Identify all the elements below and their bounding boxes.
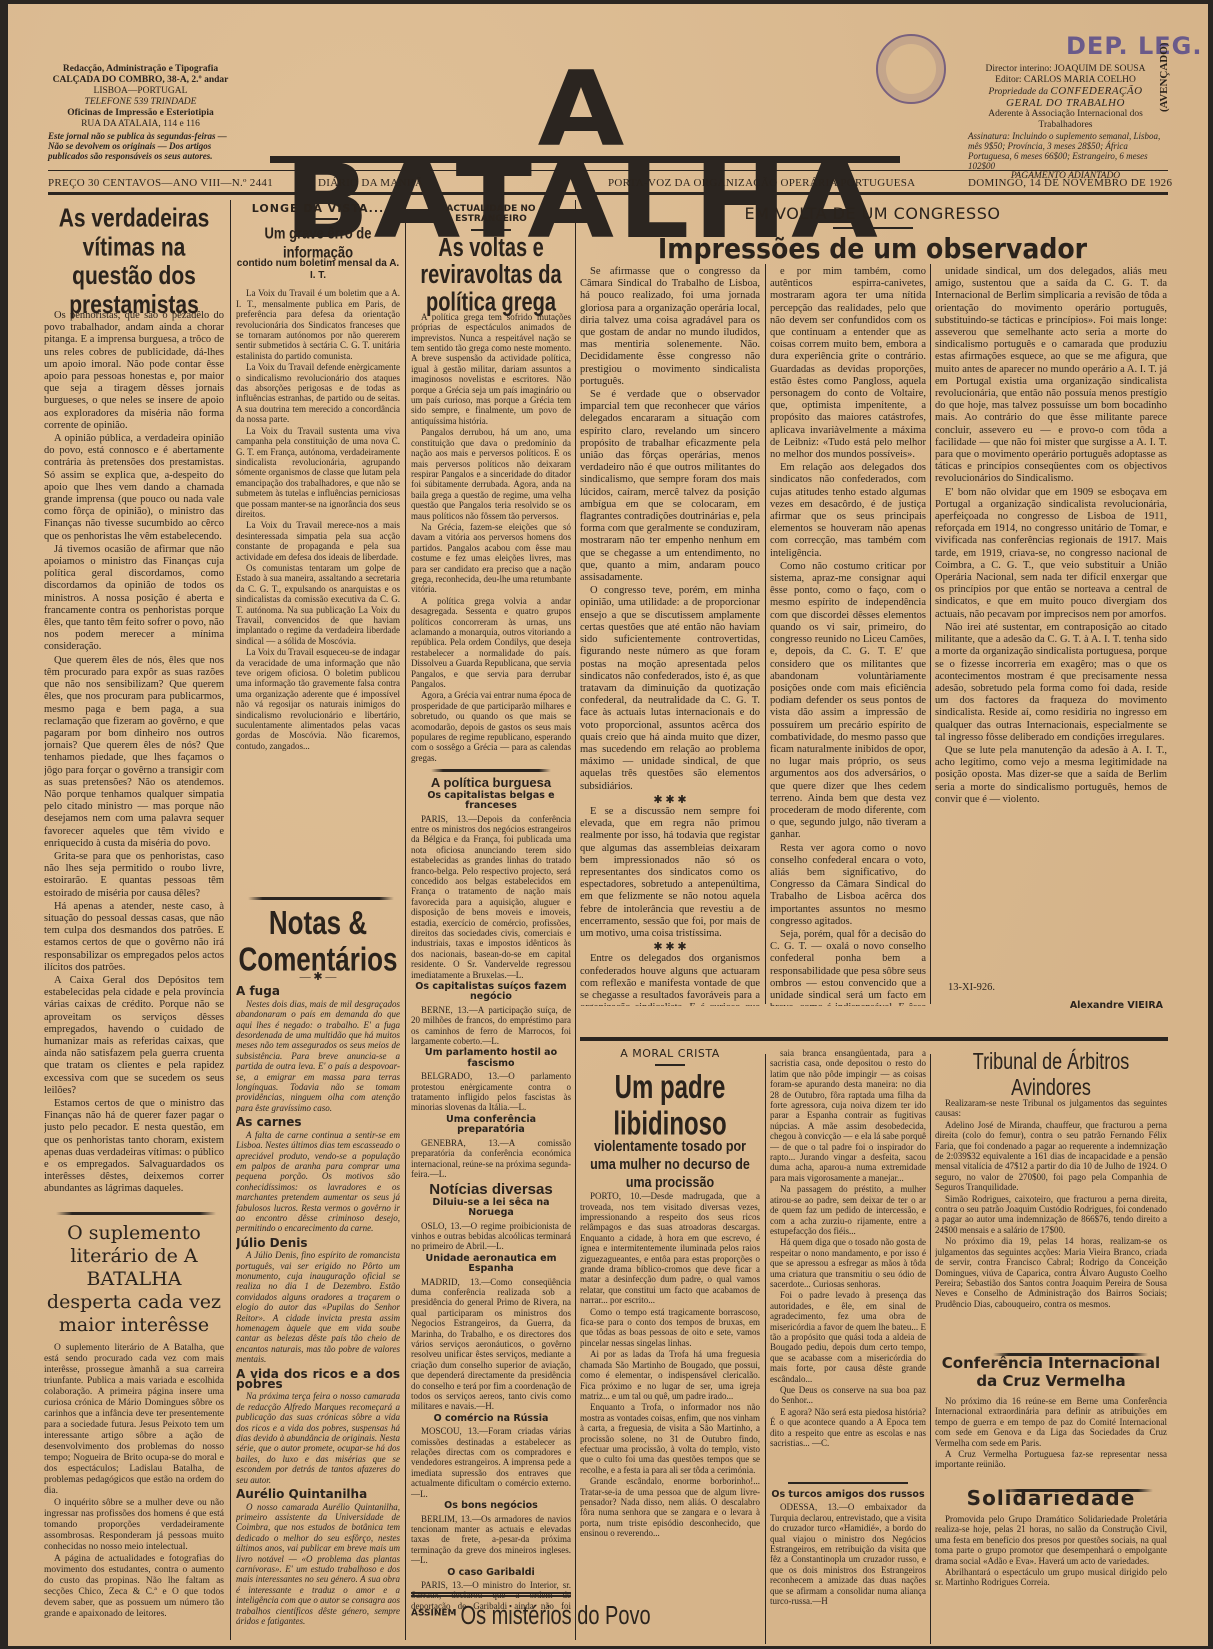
publication-note: Este jornal não se publica às segundas-f… (48, 131, 233, 161)
paragraph: E se a discussão nem sempre foi elevada,… (580, 806, 760, 940)
article-congresso-header: EM VOLTA DE UM CONGRESSO Impressões de u… (580, 204, 1165, 265)
divider (580, 1037, 1168, 1041)
divider (833, 227, 913, 229)
article-headline: O suplemento literário de A BATALHA desp… (44, 1222, 224, 1337)
article-kicker: EM VOLTA DE UM CONGRESSO (580, 204, 1165, 223)
article-author: Alexandre VIEIRA (1008, 1000, 1163, 1011)
property-owner-line2: GERAL DO TRABALHO (968, 98, 1163, 109)
brief-title: Os turcos amigos dos russos (770, 1490, 926, 1500)
adherent-line: Aderente à Associação Internacional dos … (968, 109, 1163, 131)
paragraph: saia branca ensangüentada, para a sacris… (770, 1048, 926, 1183)
divider (411, 1592, 571, 1597)
address-line: LISBOA—PORTUGAL (48, 86, 233, 97)
paragraph: Grita-se para que os penhoristas, caso n… (44, 851, 224, 900)
paragraph: La Voix du Travail defende enèrgicamente… (236, 362, 400, 424)
paragraph: Os penhoristas, que são o pezadêlo do po… (44, 310, 224, 432)
misterios-advertisement[interactable]: ASSINEM Os mistérios do Povo (411, 1602, 586, 1638)
article-turcos: Os turcos amigos dos russos ODESSA, 13.—… (770, 1488, 926, 1618)
price-issue: PREÇO 30 CENTAVOS—ANO VIII—N.º 2441 (48, 177, 273, 189)
asterisk-separator-icon: ✱ ✱ ✱ (580, 794, 760, 806)
article-longe-da-vista: LONGE DA VISTA... Um grave êrro de infor… (236, 204, 400, 844)
ad-prefix: ASSINEM (411, 1609, 457, 1619)
paragraph: Resta ver agora como o novo conselho con… (770, 843, 926, 928)
divider (48, 192, 1168, 195)
paragraph: Foi o padre levado à presença das autori… (770, 1290, 926, 1384)
brief-text: BELGRADO, 13.—O parlamento protestou enè… (411, 1071, 571, 1113)
paragraph: Já tivemos ocasião de afirmar que não ap… (44, 544, 224, 654)
article-date: 13-XI-926. (948, 982, 995, 993)
daily-label: DIÁRIO DA MANHÃ (318, 177, 423, 189)
brief-text: ODESSA, 13.—O embaixador da Turquia decl… (770, 1502, 926, 1606)
paragraph: unidade sindical, um dos delegados, aliá… (935, 266, 1167, 486)
paragraph: PORTO, 10.—Desde madrugada, que a trovea… (580, 1191, 760, 1305)
paragraph: No próximo dia 19, pelas 14 horas, reali… (935, 1236, 1167, 1309)
article-subhead: violentamente tosado por uma mulher no d… (580, 1138, 760, 1192)
divider (788, 1482, 908, 1484)
article-cruz-vermelha: Conferência Internacional da Cruz Vermel… (935, 1354, 1167, 1479)
avencado-label: (AVENÇADO) (1158, 43, 1170, 112)
brief-title: Uma conferência preparatória (411, 1115, 571, 1136)
paragraph: Enquanto a Trofa, o informador nos não m… (580, 1402, 760, 1475)
column-rule (575, 200, 576, 1640)
article-headline: Solidariedade (935, 1486, 1167, 1510)
brief-text: BERNE, 13.—A participação suíça, de 20 m… (411, 1005, 571, 1047)
paragraph: La Voix du Travail esqueceu-se de indaga… (236, 647, 400, 751)
paragraph: Que querem êles de nós, êles que nos têm… (44, 655, 224, 850)
divider (48, 170, 1168, 171)
paragraph: Simão Rodrigues, caixoteiro, que fractur… (935, 1194, 1167, 1236)
paragraph: Que se lute pela manutenção da adesão à … (935, 745, 1167, 806)
paragraph: La Voix du Travail é um boletim que a A.… (236, 288, 400, 361)
column-rule (230, 200, 231, 1640)
paragraph: Se é verdade que o observador imparcial … (580, 389, 760, 584)
divider (655, 1064, 685, 1066)
brief-text: OSLO, 13.—O regime proibicionista de vin… (411, 1221, 571, 1252)
brief-title: Diluiu-se a lei sêca na Noruega (411, 1198, 571, 1219)
paragraph: Entre os delegados dos organismos confed… (580, 953, 760, 1006)
article-kicker: LONGE DA VISTA... (236, 204, 400, 214)
paragraph: Na Grécia, fazem-se eleições que só dava… (411, 522, 571, 595)
paragraph: Não irei até sustentar, em contraposição… (935, 622, 1167, 744)
paragraph: Pangalos derrubou, há um ano, uma consti… (411, 427, 571, 521)
brief-text: MOSCOU, 13.—Foram criadas várias comissõ… (411, 1426, 571, 1499)
column-rule (930, 1054, 931, 1644)
paragraph: A Caixa Geral dos Depósitos tem estabele… (44, 975, 224, 1097)
paragraph: La Voix du Travail merece-nos a mais des… (236, 520, 400, 562)
address-line: CALÇADA DO COMBRO, 38-A, 2.º andar (48, 75, 233, 86)
paragraph: A página de actualidades e fotografias d… (44, 1554, 224, 1620)
paragraph: Grande escândalo, enorme borborinho!... … (580, 1476, 760, 1538)
paragraph: Há quem diga que o tosado não gosta de r… (770, 1237, 926, 1289)
paragraph: O inquérito sôbre se a mulher deve ou nã… (44, 1498, 224, 1553)
paragraph: Promovida pelo Grupo Dramático Solidarie… (935, 1514, 1167, 1566)
brief-text: GENEBRA, 13.—A comissão preparatória da … (411, 1138, 571, 1180)
congresso-column-2: e por mim também, como autênticos espirr… (770, 266, 926, 1006)
director-line: Director interino: JOAQUIM DE SOUSA (968, 64, 1163, 75)
property-owner: CONFEDERAÇÃO (1050, 85, 1142, 97)
paragraph: O congresso teve, porém, em minha opiniã… (580, 585, 760, 792)
note-text: O nosso camarada Aurélio Quintanilha, pr… (236, 1502, 400, 1627)
note-text: A falta de carne continua a sentir-se em… (236, 1130, 400, 1234)
paragraph: Abrilhantará o espectáculo um grupo musi… (935, 1567, 1167, 1588)
paragraph: La Voix du Travail sustenta uma viva cam… (236, 426, 400, 520)
article-prestamistas: As verdadeiras vítimas na questão dos pr… (44, 204, 224, 1209)
masthead-editorial-box: Director interino: JOAQUIM DE SOUSA Edit… (968, 64, 1163, 182)
paragraph: Ai por as ladas da Trofa há uma freguesi… (580, 1349, 760, 1401)
article-headline: Impressões de um observador (580, 233, 1165, 265)
paragraph: Há apenas a atender, neste caso, à situa… (44, 901, 224, 974)
section-headline: Notas & Comentários (236, 904, 400, 977)
article-solidariedade: Solidariedade Promovida pelo Grupo Dramá… (935, 1486, 1167, 1616)
paragraph: E agora? Não será esta piedosa história?… (770, 1407, 926, 1449)
column-rule (765, 264, 766, 1004)
paragraph: Realizaram-se neste Tribunal os julgamen… (935, 1098, 1167, 1119)
address-line: RUA DA ATALAIA, 114 e 116 (48, 119, 233, 130)
title-underline (270, 156, 900, 163)
brief-title: Unidade aeronautica em Espanha (411, 1254, 571, 1275)
article-headline: Tribunal de Árbitros Avindores (935, 1048, 1167, 1100)
paragraph: A política grega tem sofrido mutações pr… (411, 312, 571, 426)
paragraph: Que Deus os conserve na sua boa paz do S… (770, 1385, 926, 1406)
ornamental-divider (431, 769, 551, 772)
subscription-info: Assinatura: Incluindo o suplemento seman… (968, 131, 1163, 171)
article-headline: Conferência Internacional da Cruz Vermel… (935, 1354, 1167, 1390)
newspaper-page: Redacção, Administração e Tipografia CAL… (8, 4, 1208, 1646)
paragraph: No próximo dia 16 reúne-se em Berne uma … (935, 1396, 1167, 1448)
property-label: Propriedade da (988, 87, 1048, 97)
note-title: Júlio Denis (236, 1238, 400, 1248)
divider (471, 229, 511, 231)
paragraph: PARIS, 13.—Depois da conferência entre o… (411, 814, 571, 981)
column-rule (765, 1054, 766, 1644)
note-title: Aurélio Quintanilha (236, 1489, 400, 1499)
paragraph: Seja, porém, qual fôr a decisão do C. G.… (770, 929, 926, 1006)
article-headline: Um grave êrro de informação (236, 224, 400, 262)
note-text: Na próxima terça feira o nosso camarada … (236, 1391, 400, 1485)
paragraph: Adelino José de Miranda, chauffeur, que … (935, 1120, 1167, 1193)
note-title: A fuga (236, 986, 400, 996)
article-suplemento: O suplemento literário de A BATALHA desp… (44, 1222, 224, 1642)
brief-title: Os capitalistas suíços fazem negócio (411, 982, 571, 1003)
paragraph: Como não costumo criticar por sistema, a… (770, 561, 926, 842)
paragraph: A política grega volvia a andar desagreg… (411, 596, 571, 690)
paragraph: e por mim também, como autênticos espirr… (770, 266, 926, 461)
note-title: A vida dos ricos e a dos pobres (236, 1369, 400, 1390)
paragraph: Os comunistas tentaram um golpe de Estad… (236, 563, 400, 646)
column-rule (930, 264, 931, 1004)
brief-text: BERLIM, 13.—Os armadores de navios tenci… (411, 1514, 571, 1566)
paragraph: Se afirmasse que o congresso da Câmara S… (580, 266, 760, 388)
article-subhead: Os capitalistas belgas e franceses (411, 791, 571, 812)
article-headline: Um padre libidinoso (580, 1070, 760, 1143)
article-headline: As voltas e reviravoltas da política gre… (411, 235, 571, 317)
brief-title: O comércio na Rússia (411, 1414, 571, 1424)
mouthpiece-label: PORTA-VOZ DA ORGANIZAÇÃO OPERÁRIA PORTUG… (608, 177, 915, 189)
brief-title: Os bons negócios (411, 1501, 571, 1511)
brief-text: MADRID, 13.—Como conseqüência duma confe… (411, 1277, 571, 1412)
asterisk-separator-icon: ✱ ✱ ✱ (580, 941, 760, 953)
brief-title: Um parlamento hostil ao fascismo (411, 1048, 571, 1069)
address-line: Oficinas de Impressão e Esteriotipia (48, 108, 233, 119)
paragraph: Estamos certos de que o ministro das Fin… (44, 1098, 224, 1196)
paragraph: E' bom não olvidar que em 1909 se esboça… (935, 487, 1167, 621)
article-politica-grega: ACTUALIDADE NO ESTRANGEIRO As voltas e r… (411, 204, 571, 1614)
note-text: Nestes dois dias, mais de mil desgraçado… (236, 999, 400, 1113)
telephone-line: TELEFONE 539 TRINDADE (48, 97, 233, 108)
divider (298, 218, 338, 220)
paragraph: A opinião pública, a verdadeira opinião … (44, 433, 224, 543)
library-stamp-icon (876, 34, 946, 104)
note-text: A Júlio Denis, fino espírito de romancis… (236, 1250, 400, 1364)
note-title: As carnes (236, 1117, 400, 1127)
article-headline: A política burguesa (411, 778, 571, 788)
address-line: Redacção, Administração e Tipografia (48, 64, 233, 75)
column-rule (405, 200, 406, 1640)
paragraph: O suplemento literário de A Batalha, que… (44, 1343, 224, 1497)
article-tribunal: Tribunal de Árbitros Avindores Realizara… (935, 1048, 1167, 1318)
paragraph: Na passagem do préstito, a mulher atirou… (770, 1184, 926, 1236)
brief-title: O caso Garibaldi (411, 1568, 571, 1578)
masthead-address-box: Redacção, Administração e Tipografia CAL… (48, 64, 233, 161)
paragraph: Agora, a Grécia vai entrar numa época de… (411, 690, 571, 763)
article-padre-continued: saia branca ensangüentada, para a sacris… (770, 1048, 926, 1478)
ornamental-divider (56, 1212, 216, 1215)
paragraph: Como o tempo está tragicamente borrascos… (580, 1307, 760, 1349)
article-padre: A MORAL CRISTÃ Um padre libidinoso viole… (580, 1048, 760, 1638)
article-kicker: ACTUALIDADE NO ESTRANGEIRO (411, 204, 571, 225)
article-headline: As verdadeiras vítimas na questão dos pr… (44, 204, 224, 319)
section-notas-comentarios: Notas & Comentários — ✱ — A fuga Nestes … (236, 904, 400, 1644)
issue-date: DOMINGO, 14 DE NOVEMBRO DE 1926 (968, 177, 1172, 189)
legal-deposit-stamp: DEP. LEG. (1066, 32, 1202, 60)
paragraph: A Cruz Vermelha Portuguesa faz-se repres… (935, 1449, 1167, 1470)
paragraph: Em relação aos delegados dos sindicatos … (770, 462, 926, 560)
section-headline: Notícias diversas (411, 1185, 571, 1195)
congresso-column-3: unidade sindical, um dos delegados, aliá… (935, 266, 1167, 978)
ornamental-divider (248, 897, 394, 900)
article-kicker: A MORAL CRISTÃ (580, 1048, 760, 1060)
congresso-column-1: Se afirmasse que o congresso da Câmara S… (580, 266, 760, 1006)
